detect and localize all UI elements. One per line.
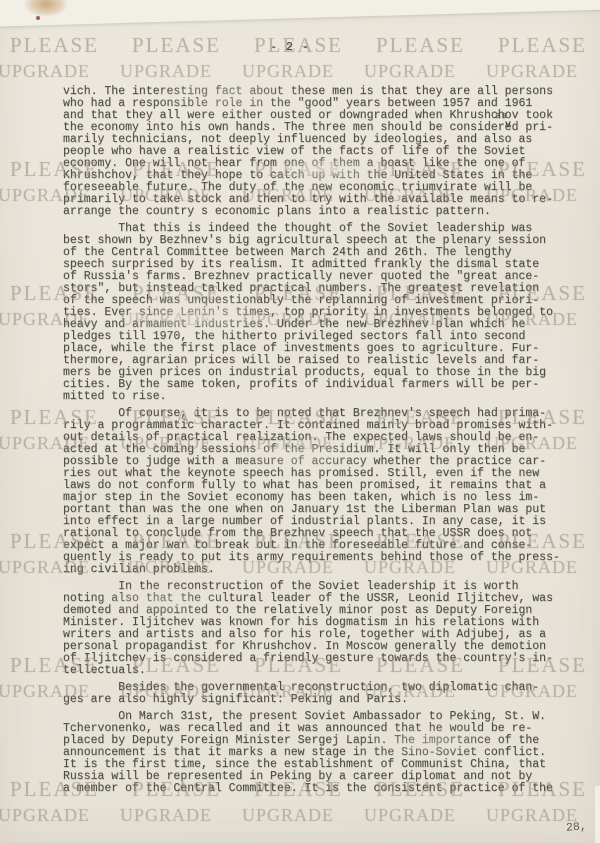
text-line: mitted to rise. [63, 391, 568, 403]
paragraph: That this is indeed the thought of the S… [63, 223, 568, 403]
watermark-word: PLEASE [10, 35, 132, 56]
document-page: vich. The interesting fact about these m… [0, 0, 600, 843]
paragraph: vich. The interesting fact about these m… [63, 86, 568, 218]
watermark-word: UPGRADE [120, 62, 242, 80]
watermark-word: UPGRADE [242, 62, 364, 80]
paper-right-edge [595, 786, 600, 843]
corner-page-number: 28, [566, 820, 588, 834]
watermark-row-upgrade: UPGRADEUPGRADEUPGRADEUPGRADEUPGRADE [0, 806, 600, 824]
watermark-word: UPGRADE [364, 806, 486, 824]
watermark-word: UPGRADE [486, 62, 600, 80]
watermark-row-upgrade: UPGRADEUPGRADEUPGRADEUPGRADEUPGRADE [0, 62, 600, 80]
paragraph: Besides the governmental reconstruction,… [63, 682, 568, 706]
paper-top-edge [0, 0, 600, 27]
insertion-caret-icon: v [505, 120, 511, 131]
watermark-word: UPGRADE [364, 62, 486, 80]
watermark-word: UPGRADE [120, 806, 242, 824]
paragraph: Of course, it is to be noted that Brezhn… [63, 408, 568, 576]
watermark-word: UPGRADE [0, 806, 120, 824]
watermark-word: PLEASE [376, 35, 498, 56]
text-line: a member of the Central Committee. It is… [63, 783, 568, 795]
paragraph: In the reconstruction of the Soviet lead… [63, 581, 568, 677]
watermark-word: PLEASE [132, 35, 254, 56]
text-line: ing civilian problems. [63, 564, 568, 576]
paragraph: On March 31st, the present Soviet Ambass… [63, 711, 568, 795]
watermark-word: PLEASE [498, 35, 600, 56]
watermark-word: UPGRADE [242, 806, 364, 824]
ink-dot [36, 16, 40, 20]
page-number-header: - 2 - [254, 41, 326, 54]
watermark-word: UPGRADE [0, 62, 120, 80]
text-line: ges are also highly significant: Peking … [63, 694, 568, 706]
text-block: vich. The interesting fact about these m… [63, 86, 568, 795]
text-line: tellectuals. [63, 665, 568, 677]
text-line: arrange the country s economic plans int… [63, 206, 568, 218]
